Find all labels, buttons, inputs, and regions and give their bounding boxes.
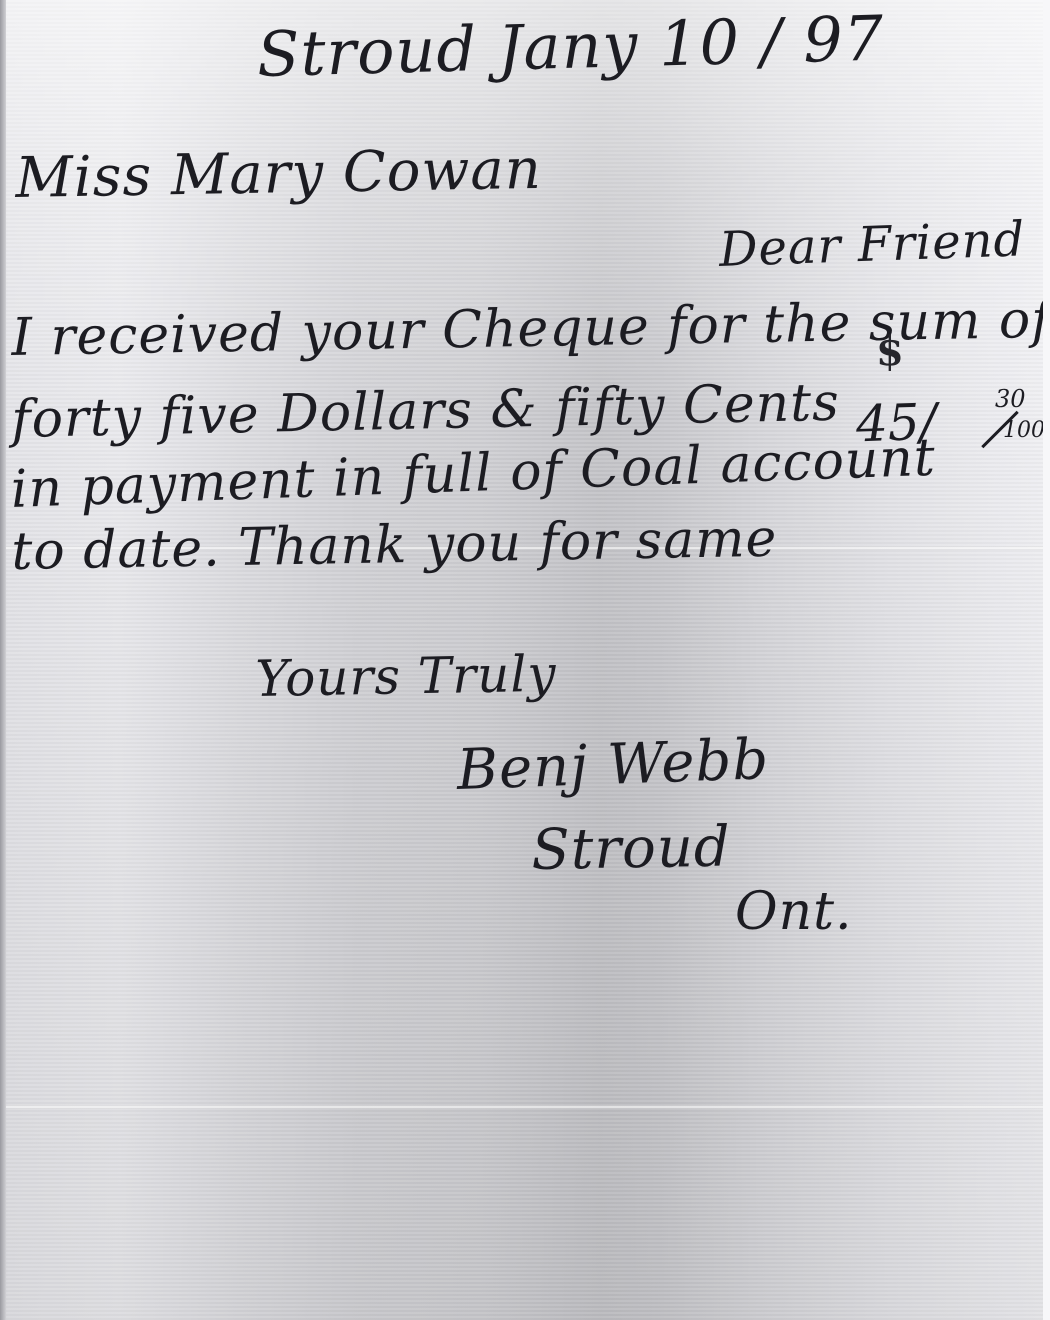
scan-margin bbox=[1043, 0, 1050, 1320]
recipient-name: Miss Mary Cowan bbox=[15, 137, 542, 211]
signature-name: Benj Webb bbox=[456, 727, 770, 803]
letter-page: Stroud Jany 10 / 97 Miss Mary Cowan Dear… bbox=[0, 0, 1043, 1320]
dateline: Stroud Jany 10 / 97 bbox=[256, 2, 885, 91]
amount-fraction-numerator: 30 bbox=[995, 385, 1026, 413]
amount-fraction-denominator: 100 bbox=[1003, 418, 1045, 443]
fold-crease bbox=[6, 1105, 1043, 1109]
body-line: to date. Thank you for same bbox=[11, 509, 778, 582]
signature-province: Ont. bbox=[735, 882, 853, 942]
signature-town: Stroud bbox=[531, 815, 731, 883]
salutation: Dear Friend bbox=[718, 211, 1026, 278]
closing: Yours Truly bbox=[255, 645, 557, 708]
page-edge-shadow bbox=[0, 0, 6, 1320]
dollar-sign-icon: $ bbox=[876, 328, 904, 375]
